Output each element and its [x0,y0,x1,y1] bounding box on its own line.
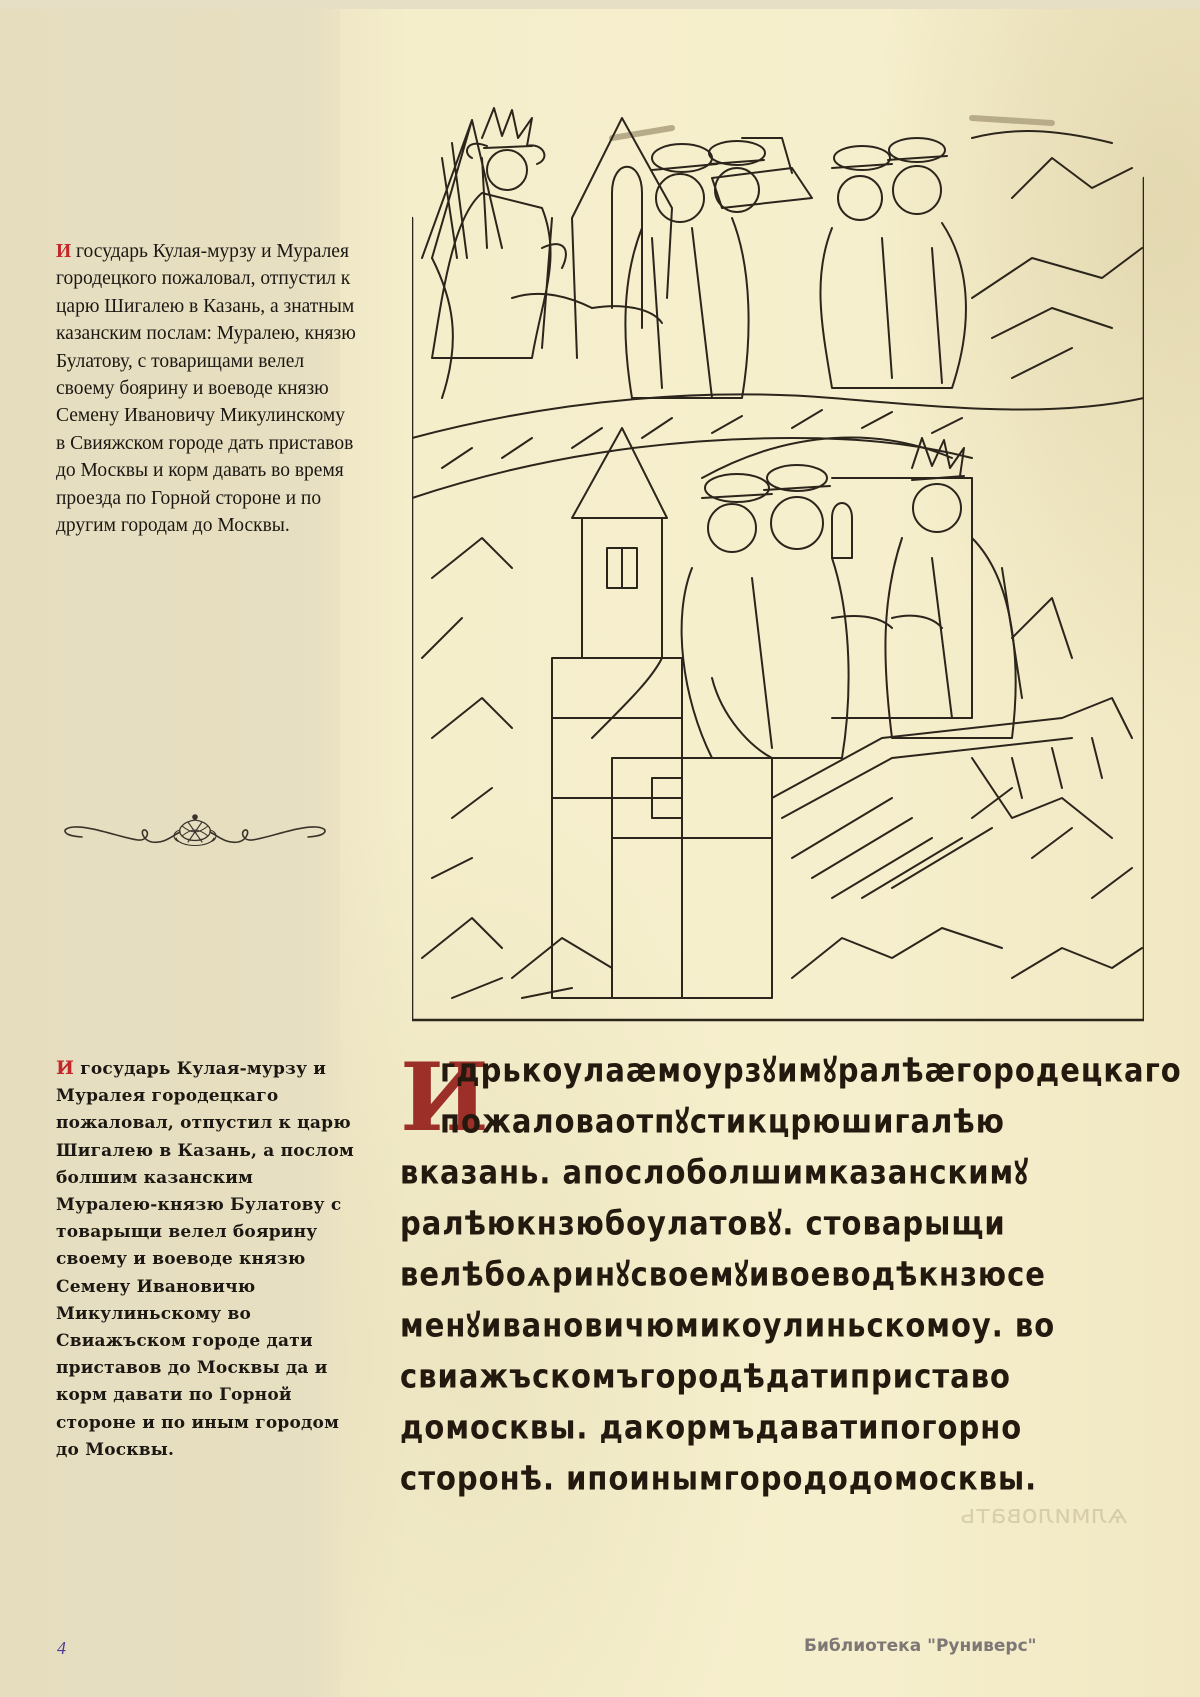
footer-library-name: Библиотека "Руниверс" [804,1636,1037,1656]
manuscript-line: вказань. апослоболшимказанскимꙋ [400,1143,1180,1202]
flourish-divider-icon [52,812,338,856]
page-top-edge [0,0,1200,9]
manuscript-line: менꙋивановичюмикоулиньскомоу. во [400,1296,1180,1355]
modern-translation-paragraph: И государь Кулая-мурзу и Муралея городец… [56,238,356,539]
manuscript-line: свиажъскомъгородѣдатиприставо [400,1347,1180,1406]
miniature-illustration [412,98,1144,1022]
manuscript-line: пожаловаотпꙋстикцрюшигалѣю [400,1092,1180,1151]
manuscript-line: домосквы. дакормъдаватипогорно [400,1398,1180,1457]
manuscript-line: гдрькоулаӕмоурзꙋимꙋралѣӕгородецкаго [400,1041,1180,1100]
red-initial: И [56,1057,74,1079]
page-number: 4 [57,1638,66,1659]
manuscript-line: ралѣюкнзюбоулатовꙋ. стоварыщи [400,1194,1180,1253]
red-initial: И [56,241,71,262]
bleed-through-text: ѧлмиловать [960,1500,1128,1530]
old-russian-transcription-text: государь Кулая-мурзу и Муралея городецка… [56,1059,354,1460]
modern-translation-text: государь Кулая-мурзу и Муралея городецко… [56,241,356,536]
manuscript-line: велѣбоѧринꙋсвоемꙋивоеводѣкнзюсе [400,1245,1180,1304]
old-russian-transcription-paragraph: И государь Кулая-мурзу и Муралея городец… [56,1055,356,1464]
manuscript-text-block: И гдрькоулаӕмоурзꙋимꙋралѣӕгородецкаго по… [400,1045,1180,1504]
